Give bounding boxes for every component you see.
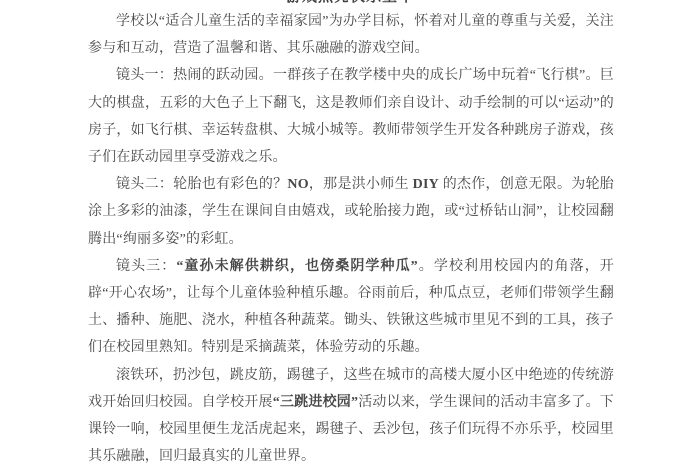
paragraph-intro: 学校以“适合儿童生活的幸福家园”为办学目标，怀着对儿童的尊重与关爱，关注参与和互… [88, 8, 614, 62]
text-segment: ，那是洪小师生 [309, 177, 413, 192]
text-segment: “童孙未解供耕织，也傍桑阴学种瓜” [176, 259, 418, 274]
clipped-document-title: 游戏点亮快乐童年 [0, 0, 700, 5]
text-segment: 学校以“适合儿童生活的幸福家园”为办学目标，怀着对儿童的尊重与关爱，关注参与和互… [88, 14, 614, 56]
document-text-column: 学校以“适合儿童生活的幸福家园”为办学目标，怀着对儿童的尊重与关爱，关注参与和互… [88, 8, 614, 470]
document-page: 游戏点亮快乐童年 学校以“适合儿童生活的幸福家园”为办学目标，怀着对儿童的尊重与… [0, 0, 700, 470]
text-segment: 镜头一：热闹的跃动园。一群孩子在教学楼中央的成长广场中玩着“飞行棋”。巨大的棋盘… [88, 68, 614, 165]
text-segment: “三跳进校园” [273, 395, 358, 410]
paragraph-scene-1: 镜头一：热闹的跃动园。一群孩子在教学楼中央的成长广场中玩着“飞行棋”。巨大的棋盘… [88, 62, 614, 171]
paragraph-scene-2: 镜头二：轮胎也有彩色的？NO，那是洪小师生 DIY 的杰作，创意无限。为轮胎涂上… [88, 171, 614, 253]
text-segment: DIY [413, 177, 439, 192]
text-segment: NO [287, 177, 308, 192]
text-segment: 镜头三： [116, 259, 176, 274]
paragraph-scene-3: 镜头三：“童孙未解供耕织，也傍桑阴学种瓜”。学校利用校园内的角落，开辟“开心农场… [88, 253, 614, 362]
paragraph-closing: 滚铁环，扔沙包，跳皮筋，踢毽子，这些在城市的高楼大厦小区中绝迹的传统游戏开始回归… [88, 362, 614, 470]
text-segment: 镜头二：轮胎也有彩色的？ [116, 177, 287, 192]
